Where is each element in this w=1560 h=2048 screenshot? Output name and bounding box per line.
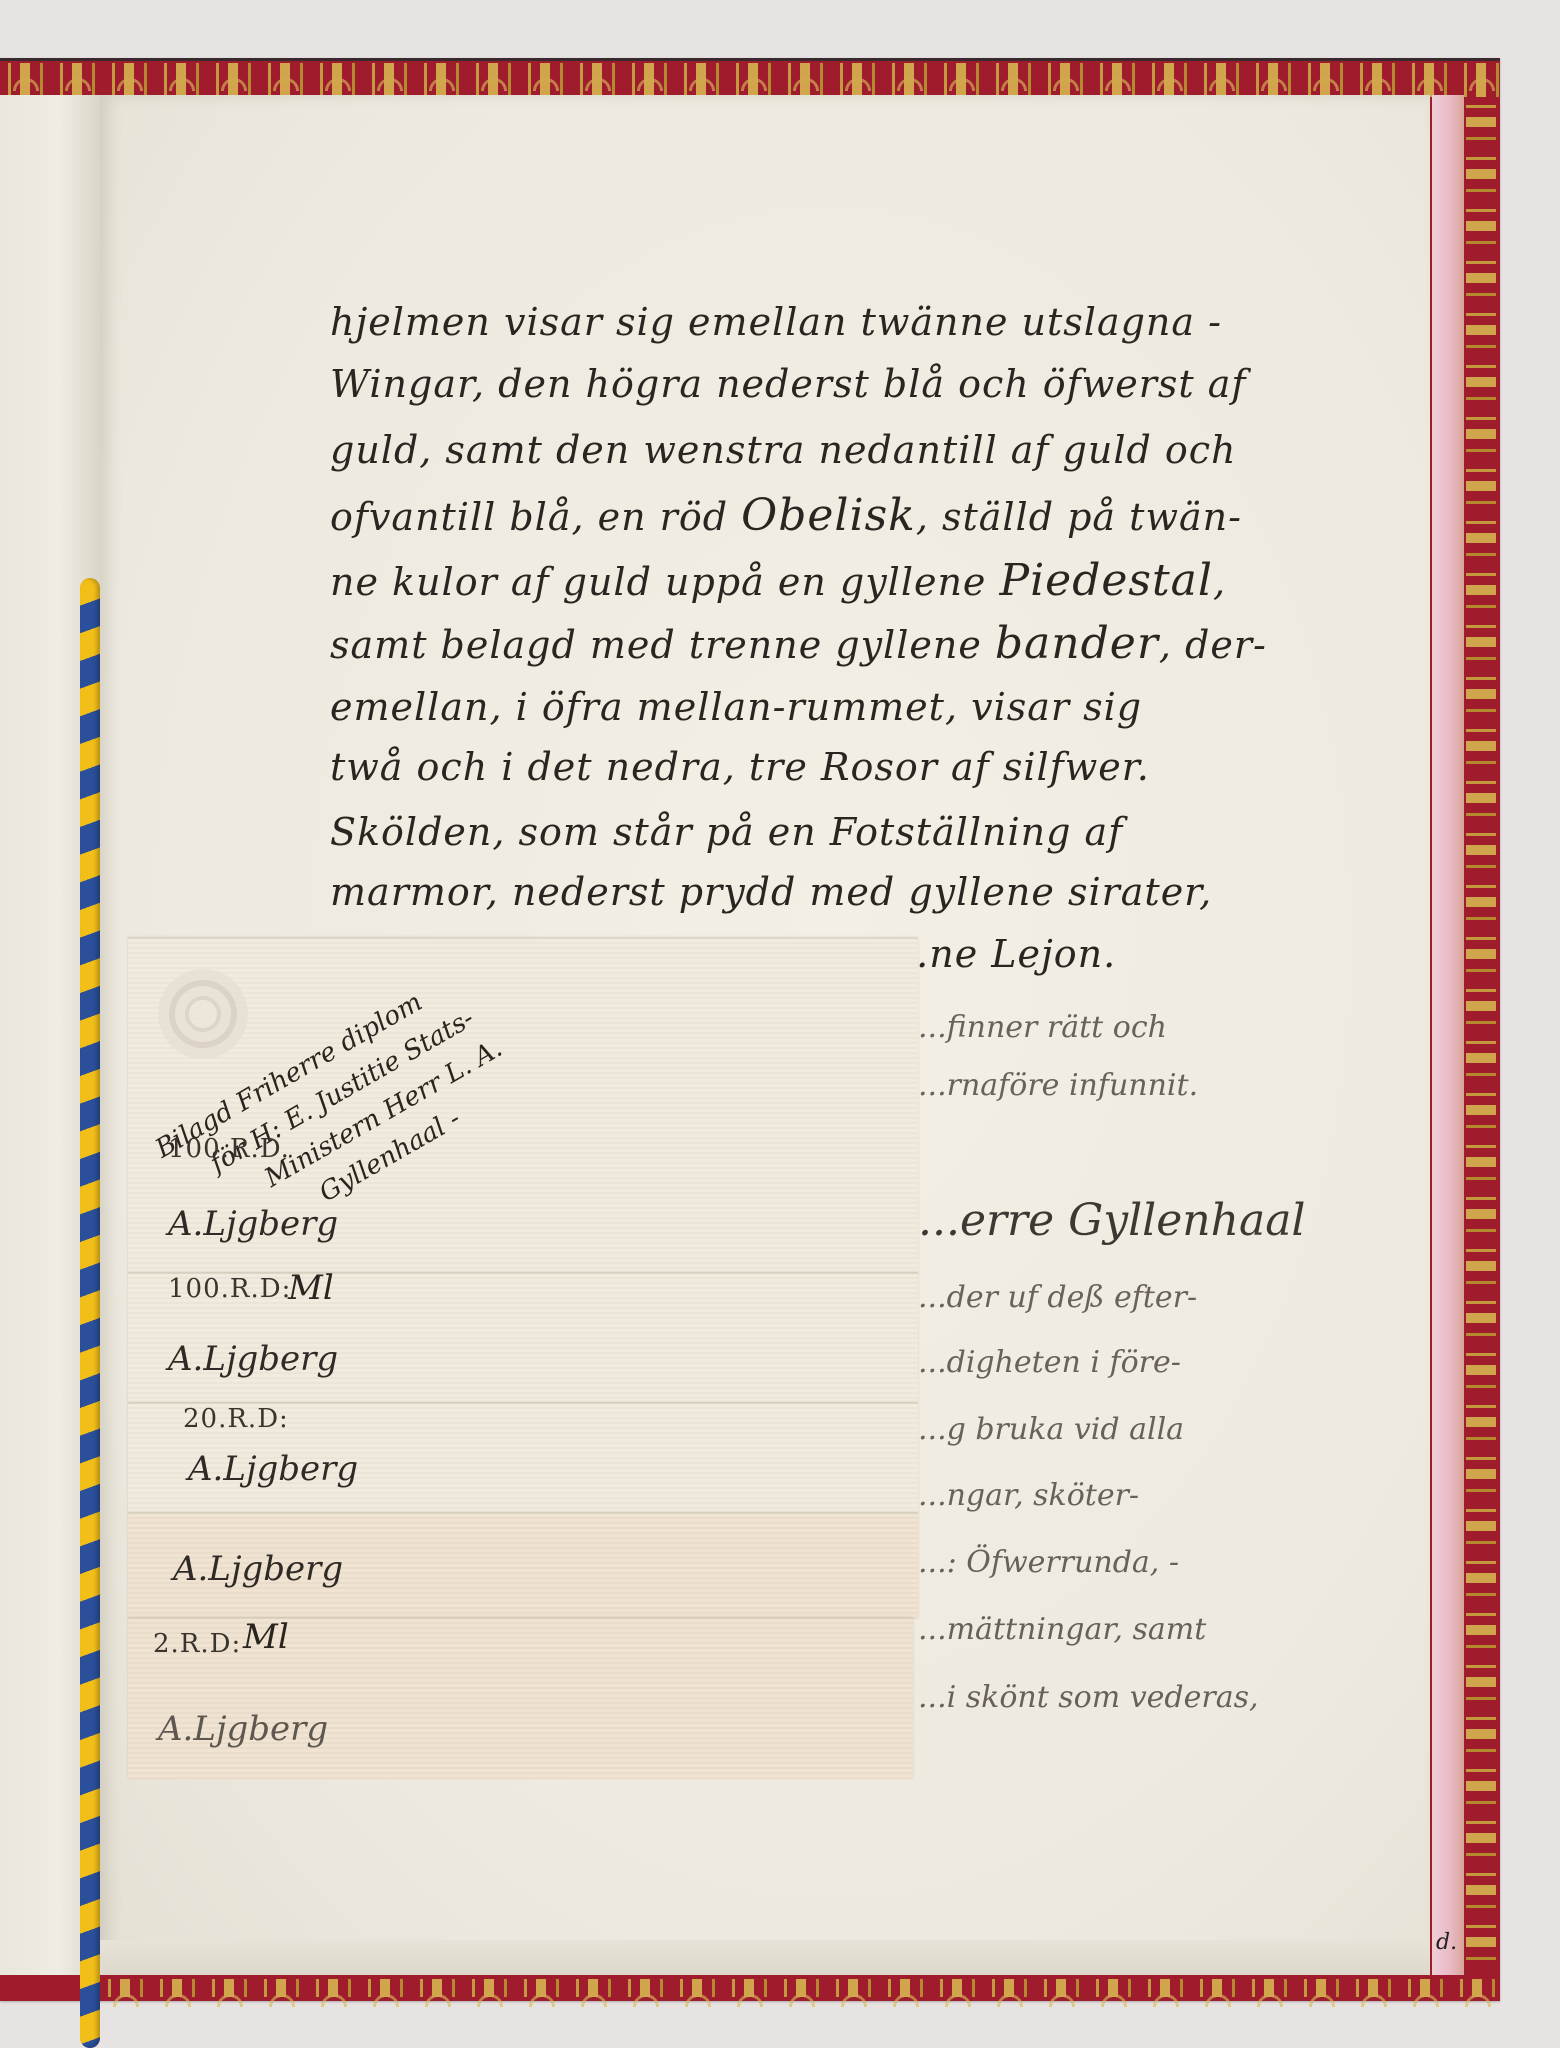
stamp-signature: A.Ljgberg <box>188 1449 358 1489</box>
emphasized-word: bander <box>995 618 1159 669</box>
slip-fold-3: 20.R.D: A.Ljgberg <box>128 1403 918 1514</box>
text-line: marmor, nederst prydd med gyllene sirate… <box>330 870 1212 914</box>
embossed-seal-icon <box>158 969 248 1059</box>
slip-fold-4: A.Ljgberg <box>128 1513 918 1619</box>
stamp-paper-slip: Bilagd Friherre diplom för H: E. Justiti… <box>128 938 918 1798</box>
stamp-signature: A.Ljgberg <box>168 1339 338 1379</box>
text-line: ...ne Lejon. <box>890 932 1116 976</box>
pink-strip-label: d. <box>1436 1930 1457 1955</box>
stamp-initials: Ml <box>288 1268 334 1308</box>
emphasized-word: Obelisk <box>741 490 916 541</box>
stamp-signature: A.Ljgberg <box>168 1204 338 1244</box>
slip-fold-5: 2.R.D: Ml A.Ljgberg <box>128 1618 913 1779</box>
covered-text-line: ...ngar, sköter- <box>918 1478 1139 1513</box>
text-line: hjelmen visar sig emellan twänne utslagn… <box>330 300 1222 344</box>
blue-yellow-cord <box>80 578 100 2048</box>
text-line: emellan, i öfra mellan-rummet, visar sig <box>330 685 1142 729</box>
stamp-signature: A.Ljgberg <box>158 1709 328 1749</box>
page-bottom-edge <box>100 1940 1430 1975</box>
emphasized-word: Piedestal <box>1000 555 1214 606</box>
covered-text-line: ...digheten i före- <box>918 1345 1181 1380</box>
text-line: Wingar, den högra nederst blå och öfwers… <box>330 362 1247 406</box>
stamp-initials: Ml <box>243 1617 289 1657</box>
slip-fold-2: 100.R.D: Ml A.Ljgberg <box>128 1273 918 1404</box>
text-line: guld, samt den wenstra nedantill af guld… <box>330 428 1237 472</box>
covered-text-line: ...rnaföre infunnit. <box>918 1068 1198 1103</box>
covered-text-line: ...finner rätt och <box>918 1010 1167 1045</box>
covered-text-line: ...g bruka vid alla <box>918 1412 1184 1447</box>
text-line: twå och i det nedra, tre Rosor af silfwe… <box>330 745 1150 789</box>
slip-fold-1: Bilagd Friherre diplom för H: E. Justiti… <box>128 938 918 1274</box>
covered-text-line: ...erre Gyllenhaal <box>918 1195 1306 1246</box>
stamp-value: 100.R.D. <box>168 1134 290 1164</box>
stamp-value: 2.R.D: <box>153 1629 241 1659</box>
gold-tooled-top-border <box>0 63 1500 97</box>
stamp-signature: A.Ljgberg <box>173 1549 343 1589</box>
pink-page-edge-strip <box>1432 95 1464 1975</box>
covered-text-line: ...mättningar, samt <box>918 1612 1206 1647</box>
gold-tooled-bottom-border <box>100 1979 1500 1997</box>
stamp-value: 100.R.D: <box>168 1274 291 1304</box>
covered-text-line: ...i skönt som vederas, <box>918 1680 1259 1715</box>
covered-text-line: ...der uf deß efter- <box>918 1280 1197 1315</box>
text-line: ofvantill blå, en röd Obelisk, ställd på… <box>330 490 1242 541</box>
gold-tooled-right-border <box>1466 97 1496 1977</box>
stamp-value: 20.R.D: <box>183 1404 289 1434</box>
covered-text-line: ...: Öfwerrunda, - <box>918 1545 1179 1580</box>
text-line: Skölden, som står på en Fotställning af <box>330 810 1123 854</box>
text-line: samt belagd med trenne gyllene bander, d… <box>330 618 1267 669</box>
text-line: ne kulor af guld uppå en gyllene Piedest… <box>330 555 1226 606</box>
